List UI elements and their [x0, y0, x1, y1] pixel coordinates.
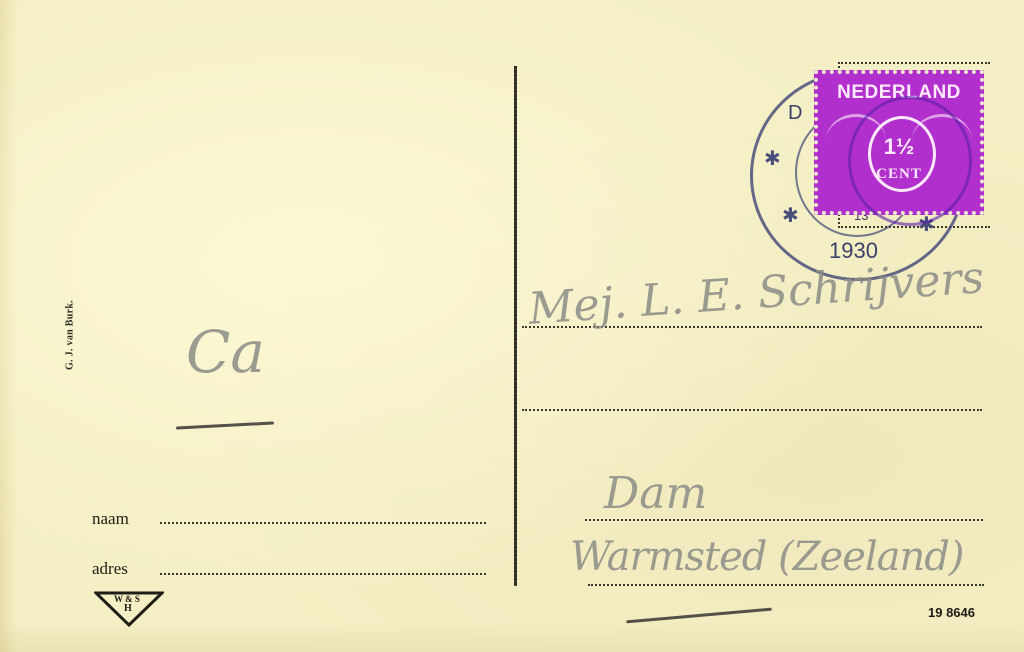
address-field-label: adres	[92, 559, 128, 579]
handwritten-note: Ca	[186, 318, 265, 386]
address-line-1-text: Mej. L. E. Schrijvers	[527, 252, 986, 335]
address-line-4	[588, 584, 984, 586]
address-line-2	[522, 409, 982, 411]
postmark-star-icon: ✱	[782, 203, 799, 228]
publisher-credit: G. J. van Burk.	[60, 280, 80, 390]
address-line-3-text: Dam	[604, 468, 707, 519]
address-field-line	[160, 573, 486, 575]
postmark-letter: D	[788, 102, 802, 125]
serial-number: 19 8646	[928, 605, 975, 620]
printer-logo: W & S H	[94, 591, 164, 632]
address-line-4-text: Warmsted (Zeeland)	[570, 534, 963, 580]
printer-logo-bottom: H	[124, 603, 132, 614]
name-field-label: naam	[92, 509, 129, 529]
publisher-credit-text: G. J. van Burk.	[65, 300, 76, 370]
name-field-line	[160, 522, 486, 524]
pencil-underline	[626, 608, 772, 624]
center-divider	[514, 66, 517, 586]
address-line-3	[585, 519, 983, 521]
postmark-overlap-ring	[848, 96, 972, 226]
pencil-underline	[176, 421, 274, 429]
postmark-star-icon: ✱	[764, 146, 781, 171]
